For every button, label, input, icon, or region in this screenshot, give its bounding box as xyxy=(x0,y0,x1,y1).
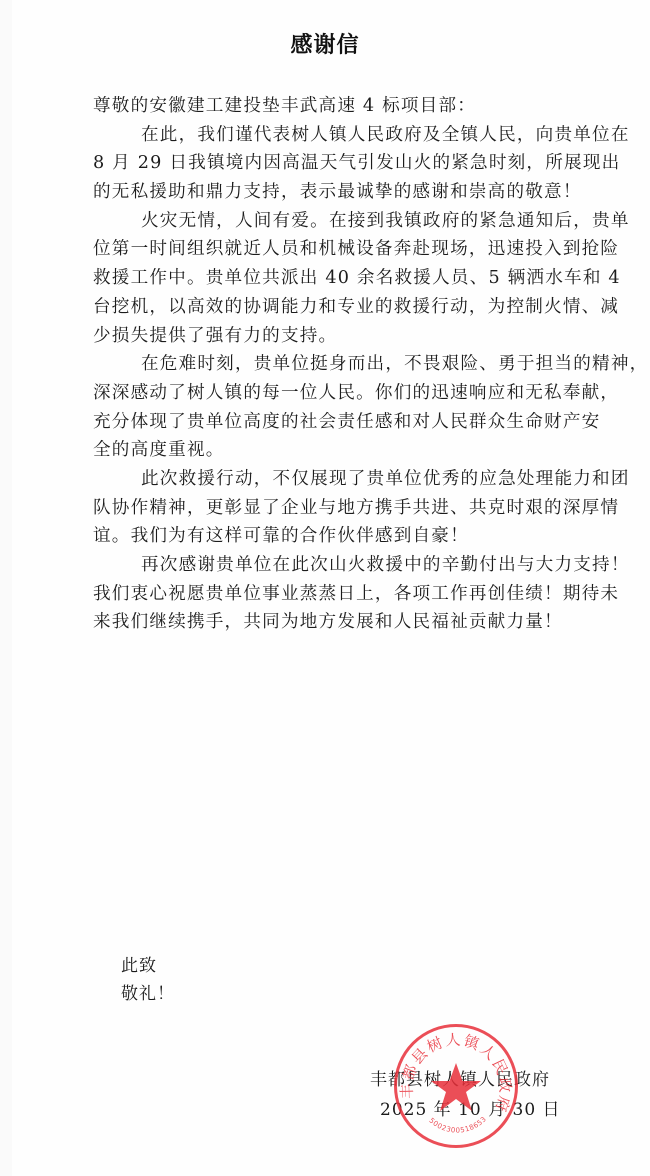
official-seal-stamp: 丰都县树人镇人民政府 5002300518653 xyxy=(394,1024,518,1148)
paragraph-line: 深深感动了树人镇的每一位人民。你们的迅速响应和无私奉献， xyxy=(93,379,573,408)
closing-line-2: 敬礼！ xyxy=(121,980,175,1008)
paragraph-4: 此次救援行动，不仅展现了贵单位优秀的应急处理能力和团 队协作精神，更彰显了企业与… xyxy=(93,465,573,551)
salutation: 尊敬的安徽建工建投垫丰武高速 4 标项目部： xyxy=(93,92,573,121)
paragraph-line: 少损失提供了强有力的支持。 xyxy=(93,322,573,351)
paragraph-3: 在危难时刻，贵单位挺身而出，不畏艰险、勇于担当的精神， 深深感动了树人镇的每一位… xyxy=(93,350,573,465)
letter-title: 感谢信 xyxy=(0,28,650,59)
closing: 此致 敬礼！ xyxy=(121,952,175,1008)
paragraph-line: 8 月 29 日我镇境内因高温天气引发山火的紧急时刻，所展现出 xyxy=(93,149,573,178)
paragraph-line: 救援工作中。贵单位共派出 40 余名救援人员、5 辆洒水车和 4 xyxy=(93,264,573,293)
scan-edge-shadow xyxy=(0,0,12,1176)
paragraph-line: 全的高度重视。 xyxy=(93,436,573,465)
paragraph-line: 在此，我们谨代表树人镇人民政府及全镇人民，向贵单位在 xyxy=(93,121,573,150)
paragraph-line: 谊。我们为有这样可靠的合作伙伴感到自豪！ xyxy=(93,522,573,551)
paragraph-line: 来我们继续携手，共同为地方发展和人民福祉贡献力量！ xyxy=(93,608,573,637)
paragraph-line: 的无私援助和鼎力支持，表示最诚挚的感谢和崇高的敬意！ xyxy=(93,178,573,207)
paragraph-line: 队协作精神，更彰显了企业与地方携手共进、共克时艰的深厚情 xyxy=(93,494,573,523)
paragraph-5: 再次感谢贵单位在此次山火救援中的辛勤付出与大力支持！ 我们衷心祝愿贵单位事业蒸蒸… xyxy=(93,551,573,637)
paragraph-1: 在此，我们谨代表树人镇人民政府及全镇人民，向贵单位在 8 月 29 日我镇境内因… xyxy=(93,121,573,207)
paragraph-line: 在危难时刻，贵单位挺身而出，不畏艰险、勇于担当的精神， xyxy=(93,350,573,379)
seal-serial: 5002300518653 xyxy=(427,1115,488,1135)
paragraph-line: 我们衷心祝愿贵单位事业蒸蒸日上，各项工作再创佳绩！期待未 xyxy=(93,580,573,609)
paragraph-line: 此次救援行动，不仅展现了贵单位优秀的应急处理能力和团 xyxy=(93,465,573,494)
paragraph-line: 台挖机，以高效的协调能力和专业的救援行动，为控制火情、减 xyxy=(93,293,573,322)
paragraph-line: 再次感谢贵单位在此次山火救援中的辛勤付出与大力支持！ xyxy=(93,551,573,580)
paragraph-line: 火灾无情，人间有爱。在接到我镇政府的紧急通知后，贵单 xyxy=(93,207,573,236)
letter-body: 尊敬的安徽建工建投垫丰武高速 4 标项目部： 在此，我们谨代表树人镇人民政府及全… xyxy=(93,92,573,637)
letter-page: 感谢信 尊敬的安徽建工建投垫丰武高速 4 标项目部： 在此，我们谨代表树人镇人民… xyxy=(0,0,650,1176)
closing-line-1: 此致 xyxy=(121,952,175,980)
paragraph-line: 充分体现了贵单位高度的社会责任感和对人民群众生命财产安 xyxy=(93,408,573,437)
paragraph-line: 位第一时间组织就近人员和机械设备奔赴现场，迅速投入到抢险 xyxy=(93,235,573,264)
paragraph-2: 火灾无情，人间有爱。在接到我镇政府的紧急通知后，贵单 位第一时间组织就近人员和机… xyxy=(93,207,573,350)
seal-star-icon: 丰都县树人镇人民政府 5002300518653 xyxy=(397,1027,515,1145)
svg-text:5002300518653: 5002300518653 xyxy=(427,1115,488,1135)
